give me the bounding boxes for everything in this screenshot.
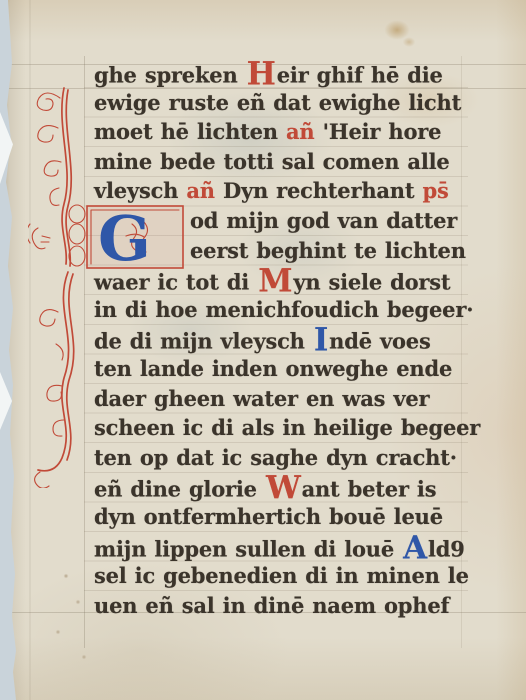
- text-run: 'Heir hore: [314, 119, 441, 145]
- text-run: ps̄: [423, 178, 449, 204]
- text-line-3: moet hē lichten añ 'Heir hore: [94, 117, 494, 147]
- text-line-19: uen eñ sal in dinē naem ophef: [94, 590, 494, 620]
- text-line-9: in di hoe menichfoudich begeer·: [94, 294, 494, 324]
- text-run: daer gheen water en was ver: [94, 385, 429, 411]
- text-line-4: mine bede totti sal comen alle: [94, 146, 494, 176]
- text-line-17: mijn lippen sullen di louē Ald9: [94, 531, 494, 561]
- penwork-flourish-icon: [28, 76, 92, 488]
- text-run: ten op dat ic saghe dyn cracht·: [94, 444, 457, 470]
- text-block: ghe spreken Heir ghif hē dieewige ruste …: [94, 58, 494, 620]
- text-line-11: ten lande inden onweghe ende: [94, 353, 494, 383]
- text-run: añ: [186, 178, 214, 204]
- text-run: ten lande inden onweghe ende: [94, 356, 452, 382]
- ruling-line-left: [84, 56, 85, 648]
- text-run: dyn ontfermhertich bouē leuē: [94, 504, 443, 530]
- text-run: moet hē lichten: [94, 119, 286, 145]
- text-run: od mijn god van datter: [190, 208, 457, 234]
- text-run: ndē voes: [329, 328, 430, 354]
- text-run: mine bede totti sal comen alle: [94, 148, 450, 174]
- leaf-edge-gap: [0, 372, 12, 430]
- text-line-1: ghe spreken Heir ghif hē die: [94, 58, 494, 88]
- text-line-18: sel ic gebenedien di in minen le: [94, 561, 494, 591]
- text-run: uen eñ sal in dinē naem ophef: [94, 592, 449, 618]
- text-line-14: ten op dat ic saghe dyn cracht·: [94, 442, 494, 472]
- manuscript-photo: { "palette":{ "bg":"#c9d3da", "parchment…: [0, 0, 526, 700]
- text-line-12: daer gheen water en was ver: [94, 383, 494, 413]
- text-run: eerst beghint te lichten: [190, 237, 466, 263]
- text-run: añ: [286, 119, 314, 145]
- text-line-2: ewige ruste eñ dat ewighe licht: [94, 87, 494, 117]
- text-line-8: waer ic tot di Myn siele dorst: [94, 265, 494, 295]
- text-run: waer ic tot di: [94, 269, 257, 295]
- text-line-16: dyn ontfermhertich bouē leuē: [94, 501, 494, 531]
- text-run: mijn lippen sullen di louē: [94, 535, 402, 561]
- text-run: eir ghif hē die: [277, 62, 443, 88]
- text-line-6: od mijn god van datter: [94, 206, 494, 236]
- text-run: ant beter is: [302, 476, 437, 502]
- text-run: ld9: [428, 535, 465, 561]
- text-run: sel ic gebenedien di in minen le: [94, 563, 469, 589]
- text-line-5: vleysch añ Dyn rechterhant ps̄: [94, 176, 494, 206]
- text-run: eñ dine glorie: [94, 476, 265, 502]
- text-run: yn siele dorst: [293, 269, 450, 295]
- text-run: in di hoe menichfoudich begeer·: [94, 296, 473, 322]
- text-run: de di mijn vleysch: [94, 328, 313, 354]
- text-line-7: eerst beghint te lichten: [94, 235, 494, 265]
- text-line-13: scheen ic di als in heilige begeer: [94, 413, 494, 443]
- text-line-15: eñ dine glorie Want beter is: [94, 472, 494, 502]
- manuscript-leaf: G ghe spreken Heir ghif hē dieewige rust…: [0, 0, 526, 700]
- text-run: Dyn rechterhant: [215, 178, 423, 204]
- text-line-10: de di mijn vleysch Indē voes: [94, 324, 494, 354]
- text-run: ghe spreken: [94, 62, 246, 88]
- text-run: ewige ruste eñ dat ewighe licht: [94, 89, 461, 115]
- text-run: scheen ic di als in heilige begeer: [94, 415, 480, 441]
- text-run: vleysch: [94, 178, 186, 204]
